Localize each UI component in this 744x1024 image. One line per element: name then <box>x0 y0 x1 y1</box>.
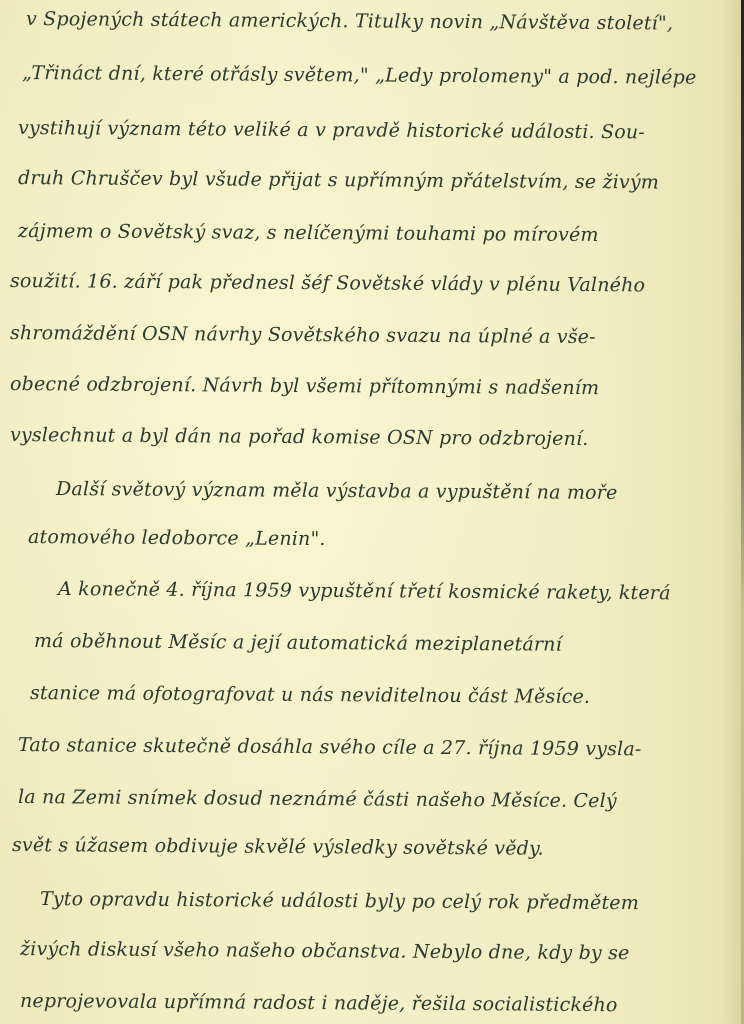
text-line: zájmem o Sovětský svaz, s nelíčenými tou… <box>18 220 599 246</box>
text-line: soužití. 16. září pak přednesl šéf Sovět… <box>10 270 645 296</box>
text-line: „Třináct dní, které otřásly světem," „Le… <box>22 62 697 89</box>
text-line: druh Chruščev byl všude přijat s upřímný… <box>18 167 659 193</box>
text-line: vystihují význam této veliké a v pravdě … <box>18 117 645 143</box>
text-line: shromáždění OSN návrhy Sovětského svazu … <box>10 322 596 348</box>
text-line: atomového ledoborce „Lenin". <box>28 526 326 550</box>
text-line: v Spojených státech amerických. Titulky … <box>26 8 673 35</box>
text-line: Tato stanice skutečně dosáhla svého cíle… <box>18 734 642 760</box>
text-line: obecné odzbrojení. Návrh byl všemi příto… <box>10 373 599 399</box>
text-line: svět s úžasem obdivuje skvělé výsledky s… <box>12 834 544 860</box>
text-line: la na Zemi snímek dosud neznámé části na… <box>18 786 617 812</box>
text-line: A konečně 4. října 1959 vypuštění třetí … <box>58 578 671 604</box>
text-line: živých diskusí všeho našeho občanstva. N… <box>20 938 630 964</box>
text-line: Další světový význam měla výstavba a vyp… <box>56 478 618 504</box>
text-line: stanice má ofotografovat u nás neviditel… <box>30 682 590 708</box>
handwritten-page: v Spojených státech amerických. Titulky … <box>0 0 744 1024</box>
text-line: má oběhnout Měsíc a její automatická mez… <box>34 630 562 656</box>
text-line: Tyto opravdu historické události byly po… <box>40 888 639 914</box>
text-line: vyslechnut a byl dán na pořad komise OSN… <box>10 424 589 450</box>
text-line: neprojevovala upřímná radost i naděje, ř… <box>20 990 618 1016</box>
